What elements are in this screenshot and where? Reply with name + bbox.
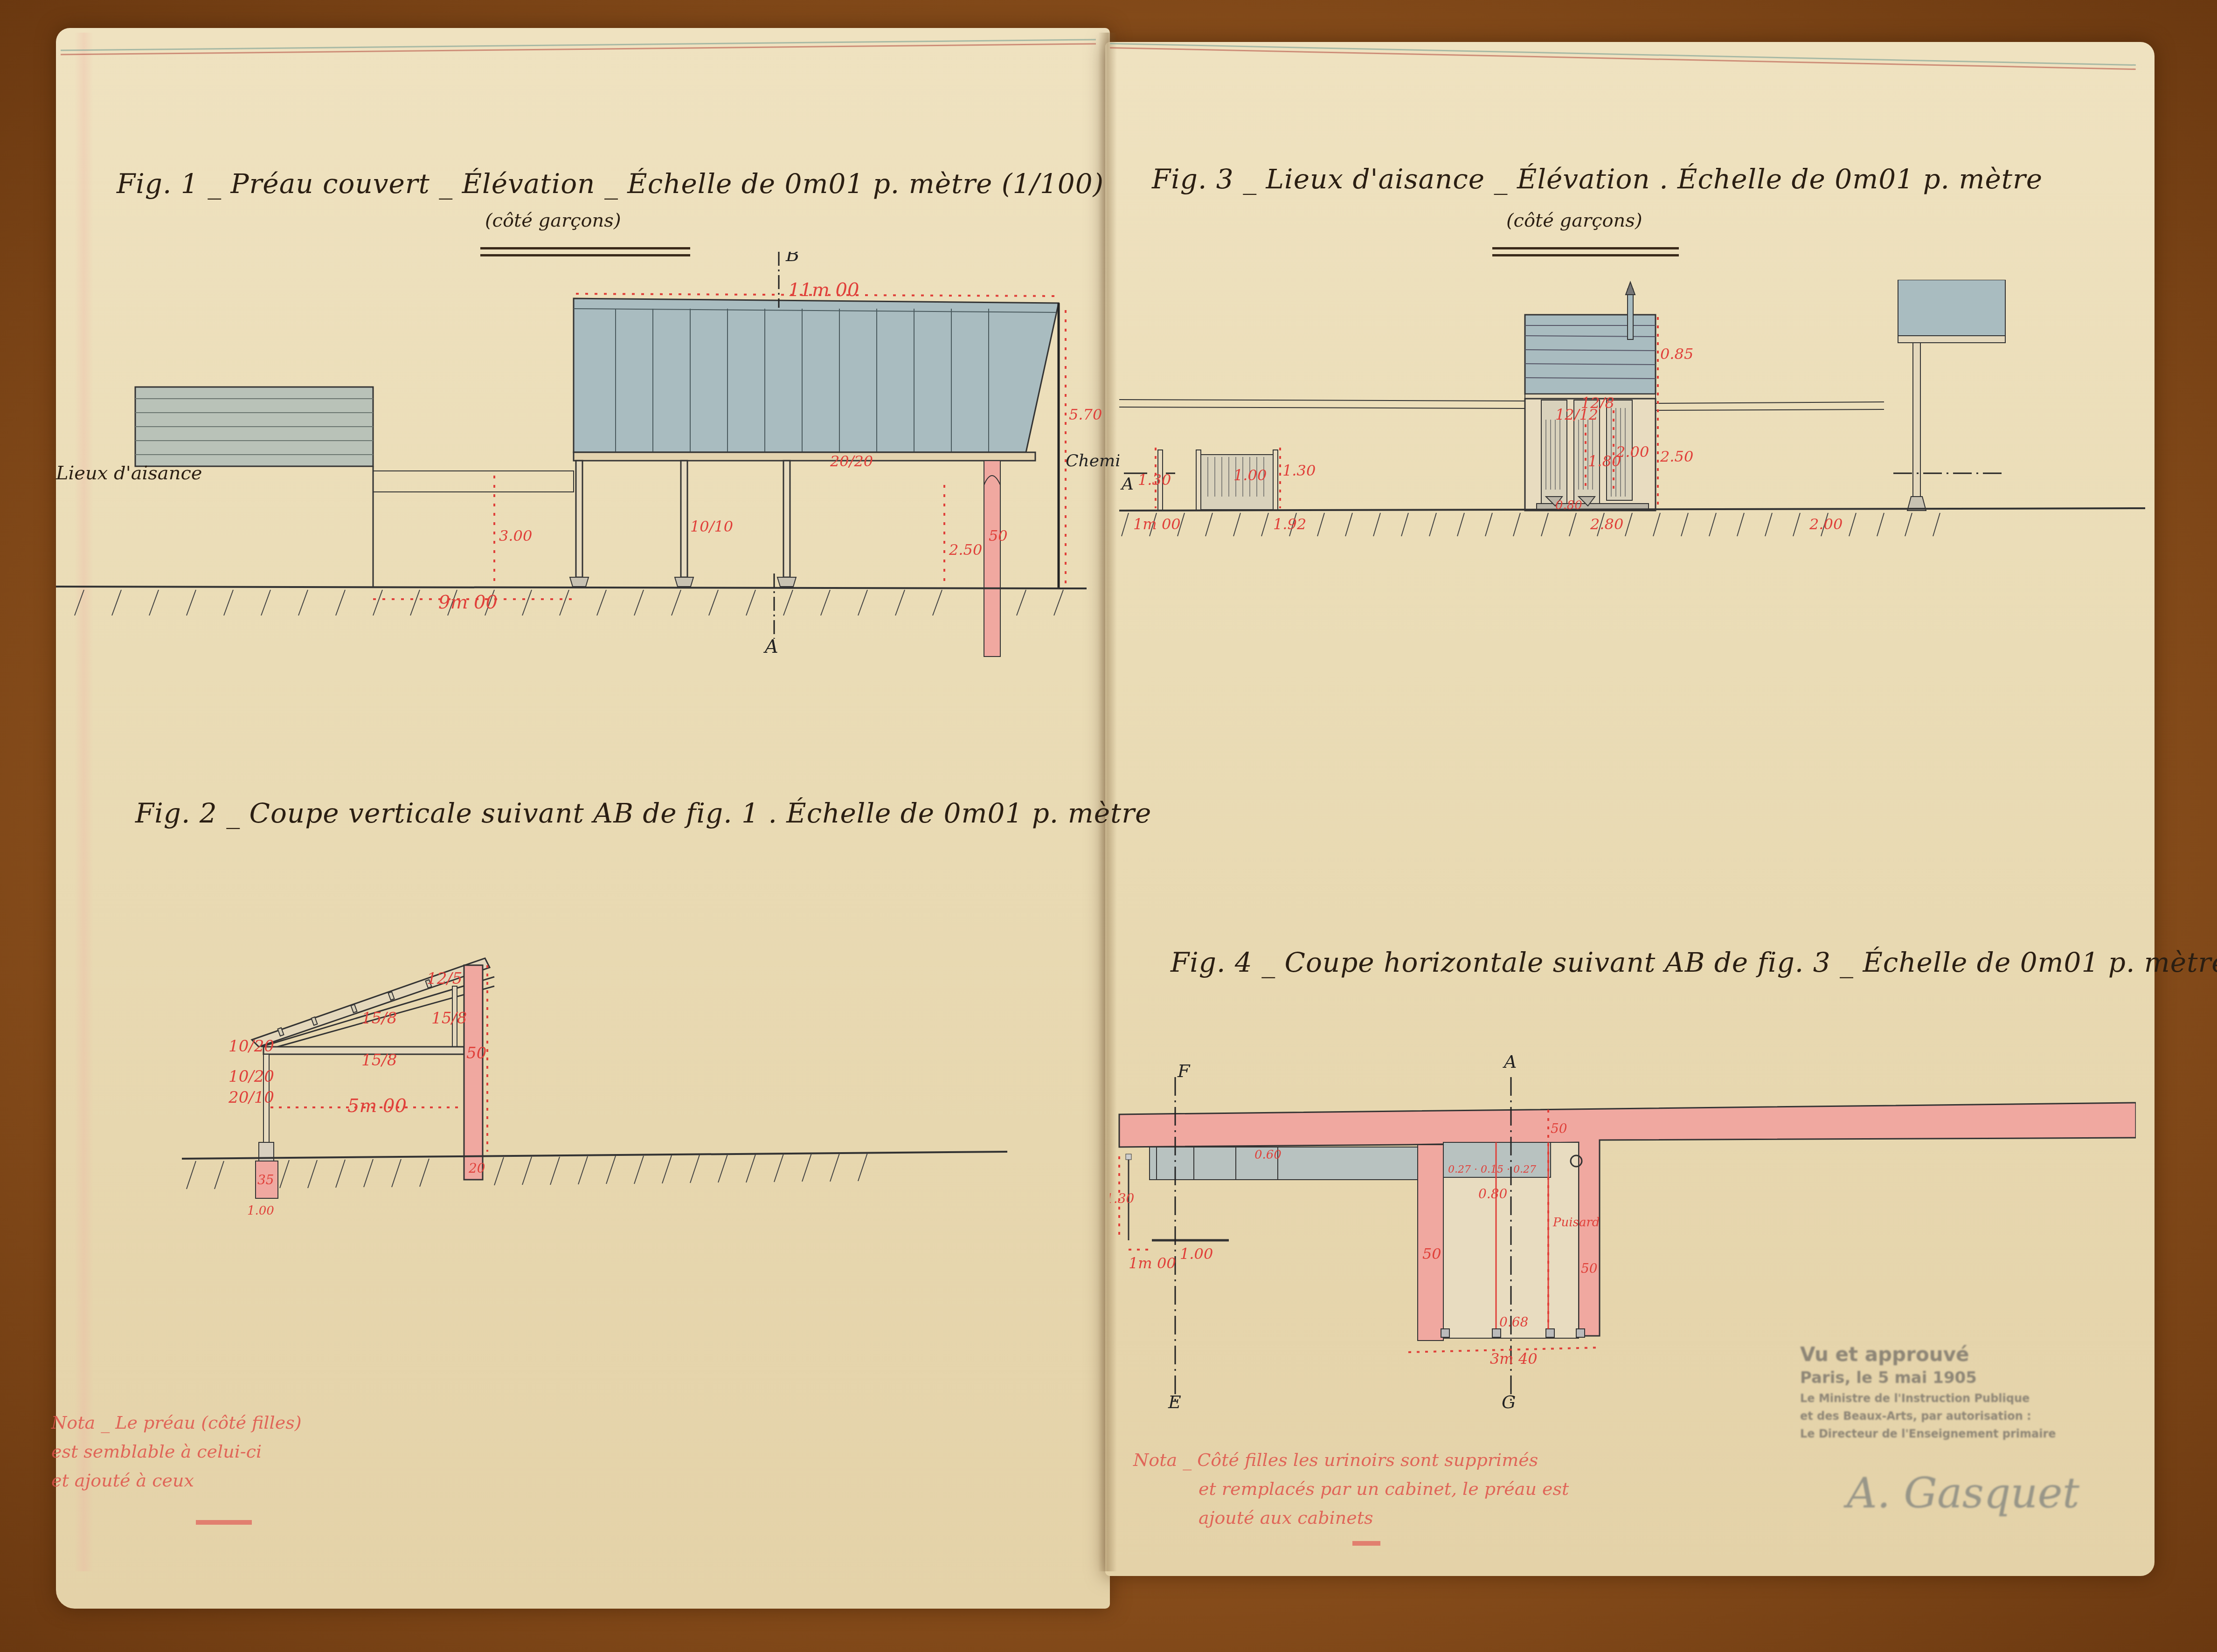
svg-text:1m 00: 1m 00: [1133, 515, 1181, 533]
svg-text:2.80: 2.80: [1590, 515, 1623, 533]
masonry-wall-band: [1119, 1103, 2136, 1336]
approval-stamp: Vu et approuvé Paris, le 5 mai 1905 Le M…: [1800, 1343, 2089, 1459]
masonry-wall: [464, 965, 483, 1180]
fig3-elevation-drawing: A 0.85 12/12 12/8 1.80 2.00 2.50: [1119, 280, 2145, 746]
svg-text:15/8: 15/8: [361, 1009, 397, 1028]
stamp-line: Paris, le 5 mai 1905: [1800, 1369, 2089, 1387]
toilet-block-roof: [1525, 315, 1656, 394]
left-note-line: est semblable à celui-ci: [51, 1437, 302, 1466]
svg-text:35: 35: [257, 1172, 274, 1188]
fig3-title: Fig. 3 _ Lieux d'aisance _ Élévation . É…: [1152, 163, 2043, 195]
svg-text:A: A: [1120, 475, 1134, 494]
svg-text:1.30: 1.30: [1110, 1191, 1134, 1206]
stamp-line: Vu et approuvé: [1800, 1343, 2089, 1366]
svg-text:2.00: 2.00: [1809, 515, 1843, 533]
svg-text:12/8: 12/8: [1581, 394, 1614, 412]
masonry-wall-left: [1418, 1145, 1443, 1341]
svg-text:A: A: [1503, 1051, 1517, 1072]
stamp-line: et des Beaux-Arts, par autorisation :: [1800, 1410, 2089, 1423]
vent-pipe: [1628, 289, 1633, 339]
svg-text:15/8: 15/8: [431, 1009, 467, 1028]
svg-text:2.00: 2.00: [1615, 443, 1649, 461]
svg-text:1.00: 1.00: [1180, 1245, 1213, 1263]
svg-text:1.92: 1.92: [1273, 515, 1306, 533]
svg-text:50: 50: [989, 527, 1008, 545]
fig2-title: Fig. 2 _ Coupe verticale suivant AB de f…: [135, 797, 1151, 829]
left-note: Nota _ Le préau (côté filles) est sembla…: [51, 1408, 302, 1495]
stamp-line: Le Ministre de l'Instruction Publique: [1800, 1392, 2089, 1405]
fig1-subtitle: (côté garçons): [485, 210, 621, 231]
right-note: Nota _ Côté filles les urinoirs sont sup…: [1133, 1445, 1569, 1532]
svg-text:A: A: [763, 636, 778, 657]
svg-text:0.60: 0.60: [1254, 1148, 1282, 1162]
svg-text:0.85: 0.85: [1660, 345, 1693, 363]
svg-text:0.68: 0.68: [1499, 1314, 1528, 1330]
svg-text:15/8: 15/8: [361, 1051, 397, 1070]
svg-text:50: 50: [1581, 1261, 1598, 1276]
svg-text:2.50: 2.50: [1660, 448, 1693, 465]
svg-text:Puisard: Puisard: [1552, 1216, 1600, 1230]
svg-text:0.80: 0.80: [1555, 498, 1582, 512]
svg-text:5m 00: 5m 00: [347, 1095, 407, 1117]
right-note-underline: [1352, 1541, 1380, 1546]
svg-text:1m 00: 1m 00: [1129, 1254, 1176, 1272]
svg-text:5.70: 5.70: [1069, 406, 1102, 423]
masonry-wall: [984, 461, 1000, 657]
svg-text:G: G: [1502, 1392, 1516, 1412]
fig3-subtitle: (côté garçons): [1506, 210, 1642, 231]
stamp-line: Le Directeur de l'Enseignement primaire: [1800, 1427, 2089, 1440]
right-note-line: et remplacés par un cabinet, le préau es…: [1133, 1474, 1569, 1503]
fig4-title: Fig. 4 _ Coupe horizontale suivant AB de…: [1171, 947, 2217, 978]
fig3-subtitle-underline: [1492, 247, 1679, 256]
svg-text:20/10: 20/10: [228, 1088, 274, 1107]
svg-text:E: E: [1168, 1392, 1181, 1412]
svg-text:1.30: 1.30: [1282, 462, 1316, 479]
svg-text:Lieux d'aisance: Lieux d'aisance: [55, 463, 202, 484]
right-note-line: ajouté aux cabinets: [1133, 1503, 1569, 1532]
svg-text:2.50: 2.50: [949, 541, 982, 559]
left-note-line: Nota _ Le préau (côté filles): [51, 1408, 302, 1437]
svg-text:10/10: 10/10: [690, 518, 733, 535]
svg-text:9m 00: 9m 00: [438, 592, 498, 613]
svg-text:50: 50: [1551, 1121, 1567, 1136]
svg-text:3m 40: 3m 40: [1490, 1350, 1538, 1368]
fig1-elevation-drawing: Lieux d'aisance: [37, 252, 1119, 671]
svg-text:12/5: 12/5: [427, 969, 462, 988]
svg-text:20/20: 20/20: [830, 452, 873, 470]
fig1-title: Fig. 1 _ Préau couvert _ Élévation _ Éch…: [117, 168, 1104, 200]
svg-text:1.30: 1.30: [1138, 471, 1171, 489]
left-note-underline: [196, 1520, 252, 1525]
svg-text:11m 00: 11m 00: [788, 279, 859, 301]
svg-text:10/20: 10/20: [229, 1067, 274, 1086]
svg-text:50: 50: [1422, 1245, 1441, 1263]
left-note-line: et ajouté à ceux: [51, 1466, 302, 1495]
svg-text:B: B: [785, 252, 799, 266]
signature: A. Gasquet: [1847, 1469, 2079, 1518]
preau-roof: [574, 298, 1059, 452]
svg-text:3.00: 3.00: [499, 527, 532, 545]
svg-text:50: 50: [466, 1044, 486, 1063]
right-note-line: Nota _ Côté filles les urinoirs sont sup…: [1133, 1445, 1569, 1474]
svg-text:0.27 · 0.15 · 0.27: 0.27 · 0.15 · 0.27: [1448, 1164, 1536, 1175]
svg-text:10/20: 10/20: [229, 1037, 274, 1056]
fig2-section-drawing: 5m 00 12/5 15/8 15/8 15/8 10/20 10/20 20…: [177, 947, 1017, 1366]
svg-text:F: F: [1177, 1061, 1191, 1081]
svg-text:Chemin: Chemin: [1066, 451, 1119, 470]
svg-text:1.00: 1.00: [1233, 466, 1267, 484]
svg-text:20: 20: [468, 1161, 485, 1176]
svg-text:0.80: 0.80: [1478, 1186, 1507, 1202]
svg-text:1.00: 1.00: [247, 1204, 274, 1218]
